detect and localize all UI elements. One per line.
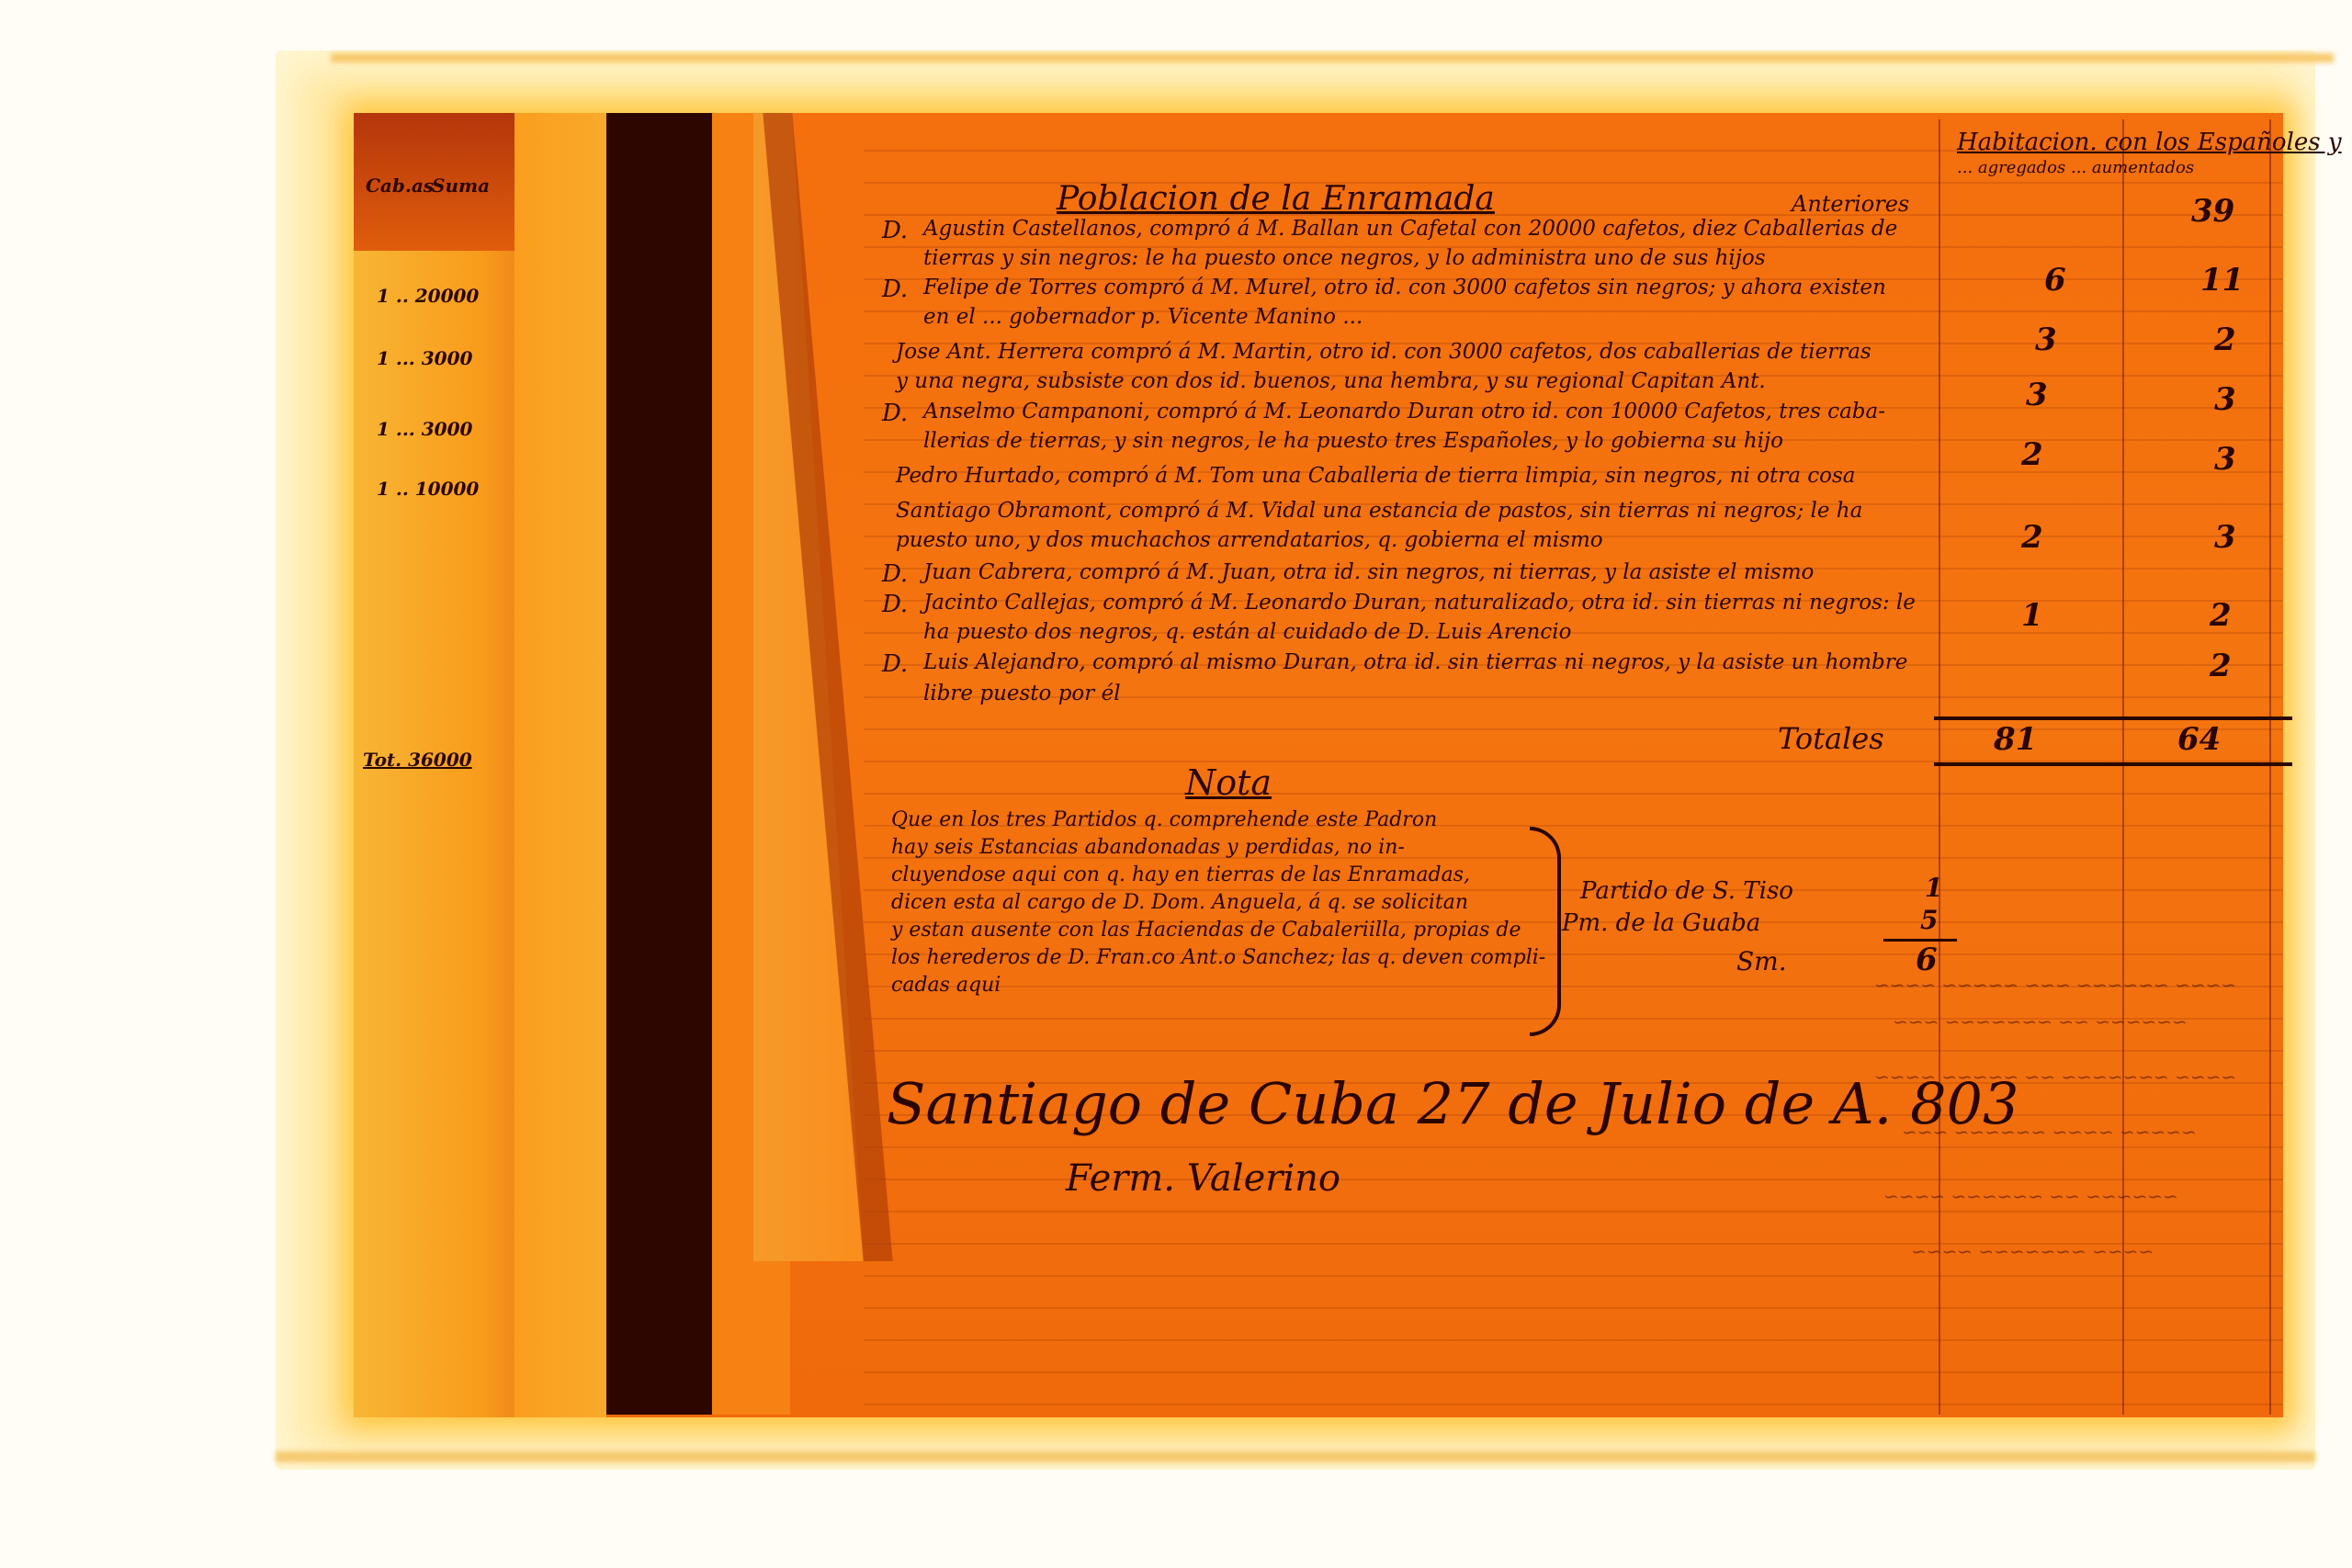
partido-label: Partido de S. Tiso bbox=[1580, 877, 1793, 905]
totals-label: Totales bbox=[1778, 721, 1884, 756]
entry-prefix: D. bbox=[882, 650, 908, 678]
bleed-through-text: ~~~~ ~~~~~~ ~~~ ~~~~~ ~~~~ bbox=[1874, 974, 2236, 996]
left-total: Tot. 36000 bbox=[363, 749, 472, 771]
nota-line: hay seis Estancias abandonadas y perdida… bbox=[891, 836, 1405, 859]
entry-prefix: D. bbox=[882, 560, 908, 588]
nota-line: cluyendose aqui con q. hay en tierras de… bbox=[891, 863, 1470, 886]
left-header-suma: Suma bbox=[432, 175, 490, 197]
entry-line: Santiago Obramont, compró á M. Vidal una… bbox=[896, 499, 1862, 523]
partido-label: Pm. de la Guaba bbox=[1562, 909, 1760, 937]
entry-line: ha puesto dos negros, q. están al cuidad… bbox=[923, 620, 1571, 644]
entry-line: llerias de tierras, y sin negros, le ha … bbox=[923, 429, 1783, 453]
value-a: 3 bbox=[2035, 321, 2057, 358]
value-a: 1 bbox=[2021, 597, 2043, 634]
document-title: Poblacion de la Enramada bbox=[1057, 180, 1495, 218]
nota-line: los herederos de D. Fran.co Ant.o Sanche… bbox=[891, 946, 1545, 969]
left-header-cab: Cab.as bbox=[366, 175, 434, 197]
nota-line: Que en los tres Partidos q. comprehende … bbox=[891, 808, 1437, 831]
nota-brace bbox=[1530, 827, 1561, 1036]
entry-line: Juan Cabrera, compró á M. Juan, otra id.… bbox=[923, 560, 1814, 584]
nota-line: cadas aqui bbox=[891, 974, 1001, 997]
partido-value: 5 bbox=[1920, 905, 1938, 935]
column-header-anteriores: Anteriores bbox=[1792, 191, 1909, 217]
binding-dark-strip bbox=[606, 113, 712, 1415]
signature: Ferm. Valerino bbox=[1066, 1157, 1340, 1200]
entry-line: Jose Ant. Herrera compró á M. Martin, ot… bbox=[896, 340, 1871, 364]
partido-label: Sm. bbox=[1736, 946, 1787, 976]
nota-line: dicen esta al cargo de D. Dom. Anguela, … bbox=[891, 891, 1468, 914]
totals-rule-bottom bbox=[1934, 762, 2292, 766]
total-b: 64 bbox=[2177, 721, 2221, 758]
value-a: 6 bbox=[2044, 262, 2066, 299]
column-header-sub: ... agregados ... aumentados bbox=[1957, 158, 2194, 177]
entry-line: Jacinto Callejas, compró á M. Leonardo D… bbox=[923, 591, 1916, 615]
entry-line: Agustin Castellanos, compró á M. Ballan … bbox=[923, 217, 1897, 241]
bleed-through-text: ~~~~ ~~~~~~~ ~~ ~~~~~ ~~~~ bbox=[1874, 1066, 2236, 1088]
entry-prefix: D. bbox=[882, 217, 908, 244]
value-b: 2 bbox=[2210, 597, 2232, 634]
value-b: 11 bbox=[2200, 262, 2244, 299]
nota-line: y estan ausente con las Haciendas de Cab… bbox=[891, 919, 1521, 942]
entry-line: Pedro Hurtado, compró á M. Tom una Cabal… bbox=[896, 464, 1856, 488]
frame-edge-bottom bbox=[276, 1451, 2315, 1462]
value-b: 3 bbox=[2214, 441, 2236, 478]
bleed-through-text: ~~~~ ~~~~~~~ ~~~~ bbox=[1911, 1240, 2154, 1262]
entry-line: puesto uno, y dos muchachos arrendatario… bbox=[896, 528, 1603, 552]
entry-line: libre puesto por él bbox=[923, 682, 1121, 705]
bleed-through-text: ~~~~~~ ~~ ~~~~~~ ~~~~ bbox=[1883, 1185, 2178, 1207]
entry-line: tierras y sin negros: le ha puesto once … bbox=[923, 246, 1766, 270]
partido-value: 1 bbox=[1925, 873, 1942, 903]
entry-line: Anselmo Campanoni, compró á M. Leonardo … bbox=[923, 400, 1885, 423]
value-b: 2 bbox=[2214, 321, 2236, 358]
value-b: 3 bbox=[2214, 519, 2236, 556]
frame-edge-top bbox=[331, 53, 2334, 62]
bleed-through-text: ~~~~~ ~~~~ ~~~~~~ ~~~ bbox=[1902, 1121, 2197, 1143]
column-rule bbox=[1939, 119, 1940, 1415]
partido-value: 6 bbox=[1916, 942, 1938, 978]
bleed-through-text: ~~~~~~ ~~ ~~~~~~~ ~~~ bbox=[1893, 1010, 2188, 1032]
value-a: 2 bbox=[2021, 519, 2043, 556]
left-value: 1 ... 3000 bbox=[377, 418, 472, 440]
entry-prefix: D. bbox=[882, 400, 908, 427]
total-a: 81 bbox=[1994, 721, 2037, 758]
entry-line: en el ... gobernador p. Vicente Manino .… bbox=[923, 305, 1363, 329]
column-rule bbox=[2122, 119, 2124, 1415]
totals-rule-top bbox=[1934, 716, 2292, 720]
value-b: 3 bbox=[2214, 381, 2236, 418]
entry-prefix: D. bbox=[882, 276, 908, 303]
column-rule bbox=[2269, 119, 2271, 1415]
entry-prefix: D. bbox=[882, 591, 908, 618]
entry-line: y una negra, subsiste con dos id. buenos… bbox=[896, 369, 1766, 393]
paper-strip-light bbox=[514, 113, 606, 1417]
left-value: 1 .. 10000 bbox=[377, 478, 479, 500]
left-value: 1 ... 3000 bbox=[377, 347, 472, 369]
value-b: 39 bbox=[2191, 193, 2234, 230]
value-a: 2 bbox=[2021, 436, 2043, 473]
nota-title: Nota bbox=[1185, 762, 1272, 803]
entry-line: Felipe de Torres compró á M. Murel, otro… bbox=[923, 276, 1886, 299]
left-value: 1 .. 20000 bbox=[377, 285, 479, 307]
entry-line: Luis Alejandro, compró al mismo Duran, o… bbox=[923, 650, 1907, 674]
value-b: 2 bbox=[2210, 648, 2232, 684]
value-a: 3 bbox=[2026, 377, 2048, 413]
place-and-date: Santiago de Cuba 27 de Julio de A. 803 bbox=[887, 1070, 2018, 1137]
column-header-group: Habitacion. con los Españoles y bbox=[1957, 129, 2342, 156]
